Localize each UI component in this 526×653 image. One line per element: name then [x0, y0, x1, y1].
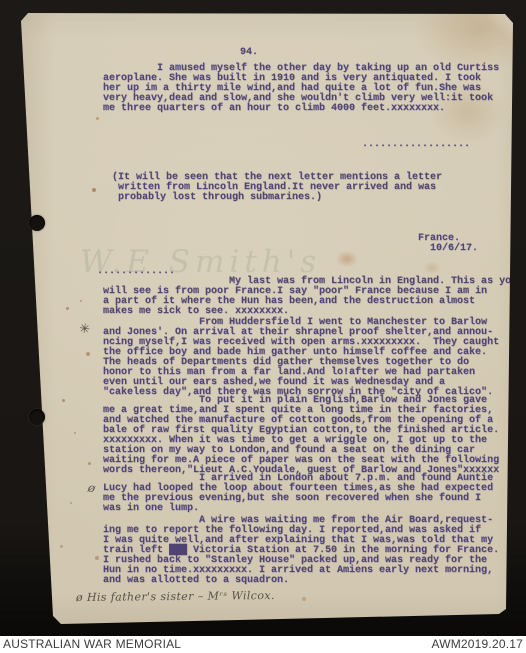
- editor-note: (It will be seen that the next letter me…: [112, 173, 442, 203]
- scan-viewport: W.E Smith's 94. I amused myself the othe…: [0, 0, 526, 653]
- separator-dots-top: ..................: [362, 140, 470, 150]
- page-number: 94.: [240, 48, 258, 58]
- margin-asterisk-mark: ✳: [78, 321, 91, 337]
- paper-stain: [95, 556, 99, 560]
- archive-reference-number: AWM2019.20.17: [431, 636, 523, 653]
- handwritten-footnote: ø His father's sister – Mʳˢ Wilcox.: [76, 589, 275, 604]
- letter-paragraph-huddersfield: From Huddersfield I went to Manchester t…: [103, 318, 499, 398]
- letter-paragraph-to-put: To put it in plain English,Barlow and Jo…: [103, 396, 499, 476]
- archive-caption-bar: AUSTRALIAN WAR MEMORIAL AWM2019.20.17: [0, 636, 526, 653]
- paper-stain: [60, 545, 63, 548]
- margin-phi-mark: ø: [87, 480, 97, 495]
- letter-paragraph-opening: I amused myself the other day by taking …: [103, 64, 499, 114]
- punch-hole-top: [29, 215, 45, 231]
- paper-stain: [302, 597, 306, 601]
- dateline: France. 10/6/17.: [418, 234, 478, 254]
- page-corner-fold: [488, 13, 514, 43]
- paper-stain: [70, 502, 72, 504]
- letter-page: W.E Smith's 94. I amused myself the othe…: [0, 0, 526, 653]
- punch-hole-bottom: [29, 409, 45, 425]
- paper-stain: [88, 462, 91, 465]
- paper-stain: [46, 588, 51, 593]
- paper-stain: [66, 307, 69, 310]
- letter-paragraph-wire: A wire was waiting me from the Air Board…: [103, 516, 499, 586]
- letter-paragraph-my-last: My last was from Lincoln in England. Thi…: [103, 277, 517, 317]
- archive-institution-label: AUSTRALIAN WAR MEMORIAL: [3, 636, 181, 653]
- paper-stain: [96, 117, 99, 120]
- paper-stain: [86, 352, 90, 356]
- paper-stain: [62, 399, 65, 402]
- paper-stain: [74, 432, 76, 434]
- paper-stain: [92, 188, 96, 192]
- paper-stain: [80, 300, 82, 302]
